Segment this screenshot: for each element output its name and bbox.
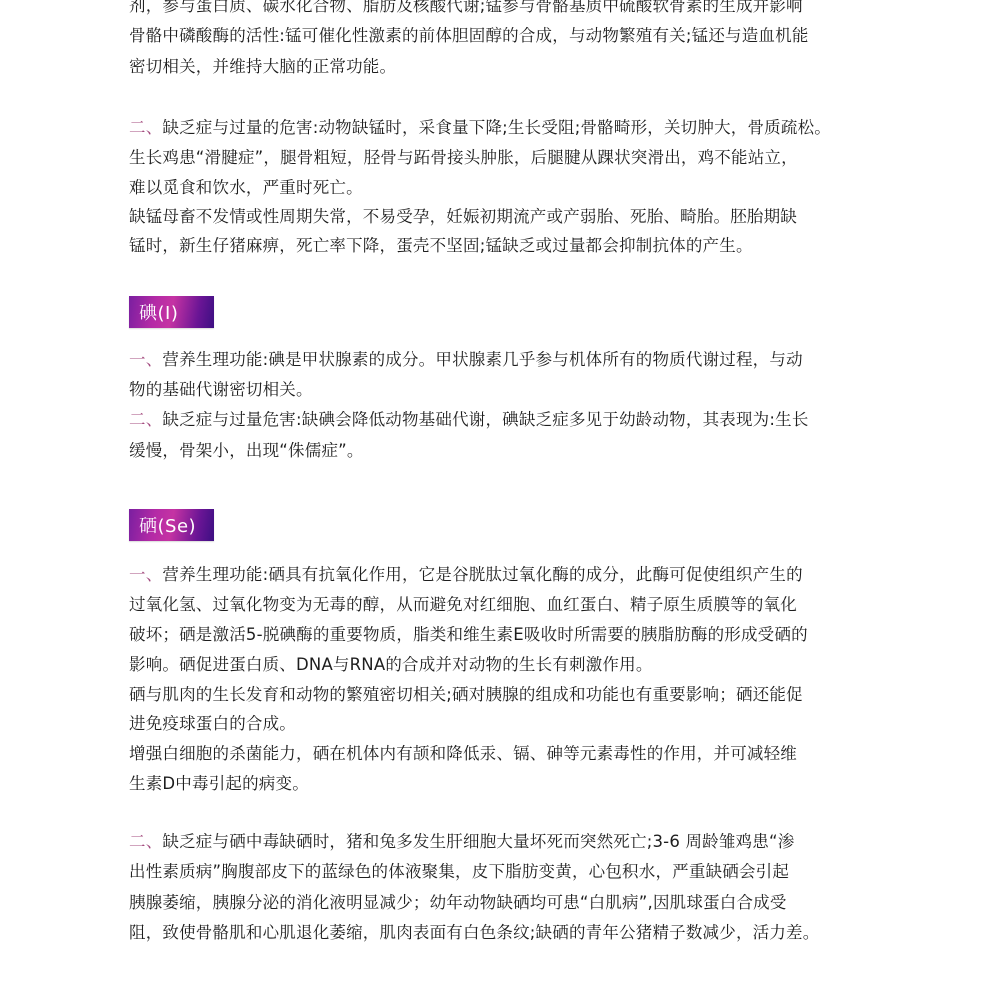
paragraph-line: 破坏；硒是激活5-脱碘酶的重要物质，脂类和维生素E吸收时所需要的胰脂肪酶的形成受… — [129, 625, 909, 645]
document-page: 剂，参与蛋白质、碳水化合物、脂肪及核酸代谢;锰参与骨骼基质中硫酸软骨素的生成并影… — [0, 0, 990, 986]
paragraph-text: 缺乏症与过量的危害:动物缺锰时，采食量下降;生长受阻;骨骼畸形，关切肿大，骨质疏… — [162, 118, 831, 137]
manganese-deficiency-heading: 二、缺乏症与过量的危害:动物缺锰时，采食量下降;生长受阻;骨骼畸形，关切肿大，骨… — [129, 118, 909, 138]
paragraph-line: 增强白细胞的杀菌能力，硒在机体内有颉和降低汞、镉、砷等元素毒性的作用，并可减轻维 — [129, 744, 909, 764]
paragraph-line: 进免疫球蛋白的合成。 — [129, 714, 909, 734]
paragraph-line: 胰腺萎缩，胰腺分泌的消化液明显减少；幼年动物缺硒均可患“白肌病”,因肌球蛋白合成… — [129, 893, 909, 913]
paragraph-line: 锰时，新生仔猪麻痹，死亡率下降，蛋壳不坚固;锰缺乏或过量都会抑制抗体的产生。 — [129, 236, 909, 256]
selenium-function-heading: 一、营养生理功能:硒具有抗氧化作用，它是谷胱肽过氧化酶的成分，此酶可促使组织产生… — [129, 565, 909, 585]
list-prefix: 一、 — [129, 565, 162, 584]
paragraph-line: 阻，致使骨骼肌和心肌退化萎缩，肌肉表面有白色条纹;缺硒的青年公猪精子数减少，活力… — [129, 923, 909, 943]
paragraph-line: 缺锰母畜不发情或性周期失常，不易受孕，妊娠初期流产或产弱胎、死胎、畸胎。胚胎期缺 — [129, 207, 909, 227]
paragraph-text: 营养生理功能:硒具有抗氧化作用，它是谷胱肽过氧化酶的成分，此酶可促使组织产生的 — [162, 565, 802, 584]
paragraph-line: 生素D中毒引起的病变。 — [129, 774, 909, 794]
paragraph-line: 影响。硒促进蛋白质、DNA与RNA的合成并对动物的生长有刺激作用。 — [129, 655, 909, 675]
list-prefix: 二、 — [129, 410, 162, 429]
paragraph-line: 缓慢，骨架小，出现“侏儒症”。 — [129, 441, 909, 461]
paragraph-line: 生长鸡患“滑腱症”，腿骨粗短，胫骨与跖骨接头肿胀，后腿腱从踝状突滑出，鸡不能站立… — [129, 148, 909, 168]
paragraph-text: 缺乏症与硒中毒缺硒时，猪和兔多发生肝细胞大量坏死而突然死亡;3-6 周龄雏鸡患“… — [162, 832, 794, 851]
iodine-function-heading: 一、营养生理功能:碘是甲状腺素的成分。甲状腺素几乎参与机体所有的物质代谢过程，与… — [129, 350, 909, 370]
list-prefix: 一、 — [129, 350, 162, 369]
paragraph-line: 难以觅食和饮水，严重时死亡。 — [129, 178, 909, 198]
paragraph-line: 硒与肌肉的生长发育和动物的繁殖密切相关;硒对胰腺的组成和功能也有重要影响；硒还能… — [129, 685, 909, 705]
selenium-section-badge: 硒(Se) — [129, 509, 214, 541]
selenium-deficiency-heading: 二、缺乏症与硒中毒缺硒时，猪和兔多发生肝细胞大量坏死而突然死亡;3-6 周龄雏鸡… — [129, 832, 909, 852]
iodine-deficiency-heading: 二、缺乏症与过量危害:缺碘会降低动物基础代谢，碘缺乏症多见于幼龄动物，其表现为:… — [129, 410, 909, 430]
list-prefix: 二、 — [129, 832, 162, 851]
paragraph-line: 剂，参与蛋白质、碳水化合物、脂肪及核酸代谢;锰参与骨骼基质中硫酸软骨素的生成并影… — [129, 0, 909, 16]
iodine-section-badge: 碘(I) — [129, 296, 214, 328]
paragraph-text: 缺乏症与过量危害:缺碘会降低动物基础代谢，碘缺乏症多见于幼龄动物，其表现为:生长 — [162, 410, 808, 429]
paragraph-line: 骨骼中磷酸酶的活性:锰可催化性激素的前体胆固醇的合成，与动物繁殖有关;锰还与造血… — [129, 26, 909, 46]
list-prefix: 二、 — [129, 118, 162, 137]
paragraph-line: 密切相关，并维持大脑的正常功能。 — [129, 57, 909, 77]
paragraph-line: 出性素质病”胸腹部皮下的蓝绿色的体液聚集，皮下脂肪变黄，心包积水，严重缺硒会引起 — [129, 862, 909, 882]
paragraph-line: 物的基础代谢密切相关。 — [129, 380, 909, 400]
paragraph-line: 过氧化氢、过氧化物变为无毒的醇，从而避免对红细胞、血红蛋白、精子原生质膜等的氧化 — [129, 595, 909, 615]
paragraph-text: 营养生理功能:碘是甲状腺素的成分。甲状腺素几乎参与机体所有的物质代谢过程，与动 — [162, 350, 802, 369]
